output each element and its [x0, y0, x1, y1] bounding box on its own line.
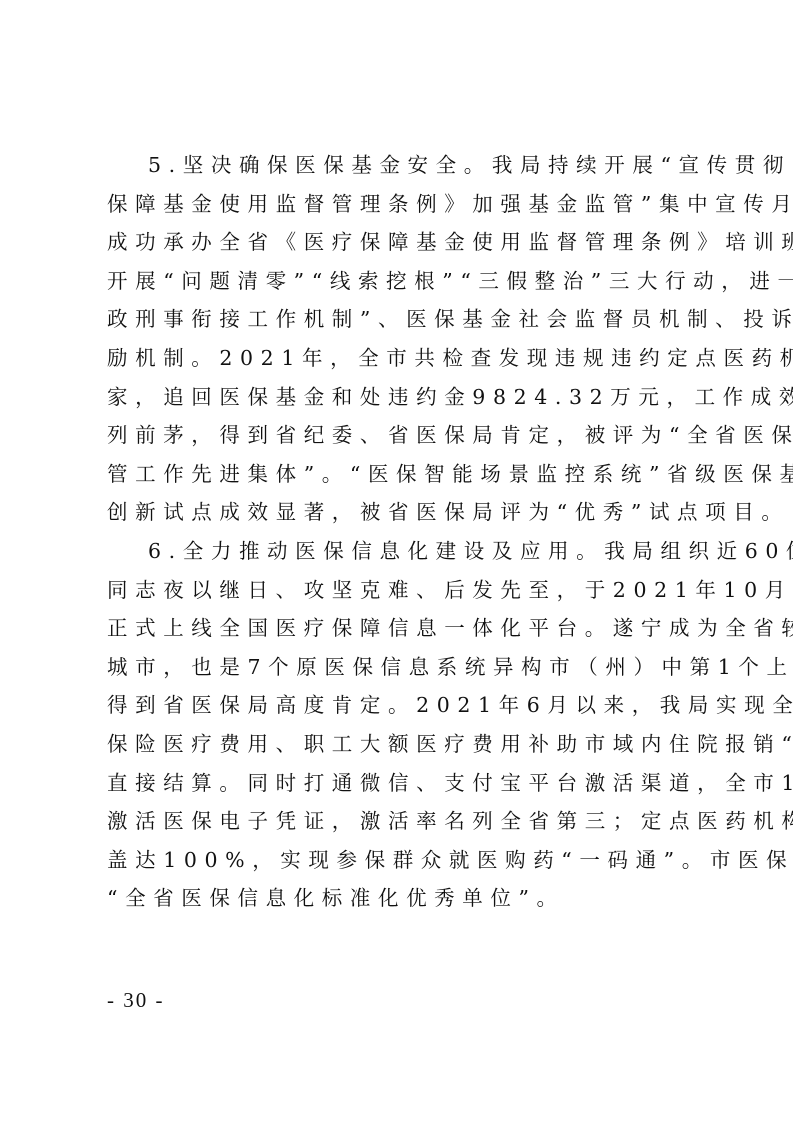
text-line: 激活医保电子凭证，激活率名列全省第三；定点医药机构接入覆: [107, 802, 692, 841]
text-line: 城市，也是7个原医保信息系统异构市（州）中第1个上线城市，: [107, 648, 692, 687]
text-line: 5.坚决确保医保基金安全。我局持续开展“宣传贯彻《医疗: [107, 146, 692, 185]
text-line: 列前茅，得到省纪委、省医保局肯定，被评为“全省医保基金监: [107, 416, 692, 455]
paragraph-fund-security: 5.坚决确保医保基金安全。我局持续开展“宣传贯彻《医疗 保障基金使用监督管理条例…: [107, 146, 692, 532]
text-line: 得到省医保局高度肯定。2021年6月以来，我局实现全市生育: [107, 686, 692, 725]
document-page: 5.坚决确保医保基金安全。我局持续开展“宣传贯彻《医疗 保障基金使用监督管理条例…: [107, 146, 692, 918]
text-line: 开展“问题清零”“线索挖根”“三假整治”三大行动，进一步完善“行: [107, 262, 692, 301]
text-line: 同志夜以继日、攻坚克难、后发先至，于2021年10月8日全面: [107, 571, 692, 610]
text-line: 政刑事衔接工作机制”、医保基金社会监督员机制、投诉举报奖: [107, 300, 692, 339]
text-line: 保障基金使用监督管理条例》加强基金监管”集中宣传月活动，: [107, 185, 692, 224]
text-line: 6.全力推动医保信息化建设及应用。我局组织近60位专班: [107, 532, 692, 571]
text-line: 家，追回医保基金和处违约金9824.32万元，工作成效在全省名: [107, 378, 692, 417]
paragraph-informatization: 6.全力推动医保信息化建设及应用。我局组织近60位专班 同志夜以继日、攻坚克难、…: [107, 532, 692, 918]
text-line: 直接结算。同时打通微信、支付宝平台激活渠道，全市118万人: [107, 764, 692, 803]
text-line: 管工作先进集体”。“医保智能场景监控系统”省级医保基金监管: [107, 455, 692, 494]
text-line: 励机制。2021年，全市共检查发现违规违约定点医药机构1306: [107, 339, 692, 378]
text-line: 成功承办全省《医疗保障基金使用监督管理条例》培训班。深入: [107, 223, 692, 262]
text-line: 创新试点成效显著，被省医保局评为“优秀”试点项目。: [107, 493, 692, 532]
text-line: “全省医保信息化标准化优秀单位”。: [107, 879, 692, 918]
text-line: 保险医疗费用、职工大额医疗费用补助市域内住院报销“一单制”: [107, 725, 692, 764]
text-line: 正式上线全国医疗保障信息一体化平台。遂宁成为全省较早上线: [107, 609, 692, 648]
page-number: - 30 -: [107, 988, 165, 1013]
text-line: 盖达100%，实现参保群众就医购药“一码通”。市医保局被评为: [107, 841, 692, 880]
